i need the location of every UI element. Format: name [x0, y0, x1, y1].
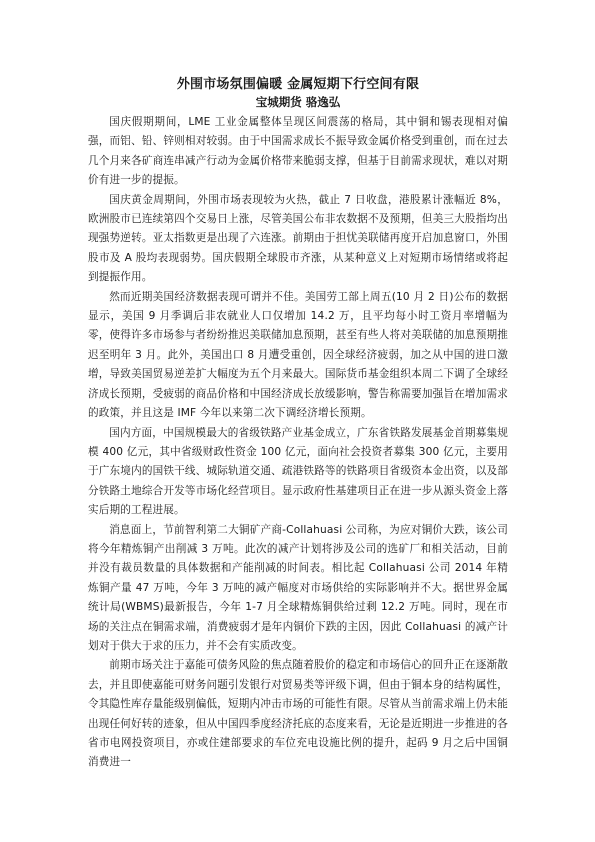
document-author: 宝城期货 骆逸弘: [88, 93, 508, 111]
document-title: 外围市场氛围偏暖 金属短期下行空间有限: [88, 76, 508, 93]
paragraph-collahuasi-cut: 消息面上，节前智利第二大铜矿产商-Collahuasi 公司称，为应对铜价大跌，…: [88, 521, 508, 657]
paragraph-golden-week-markets: 国庆黄金周期间，外围市场表现较为火热，截止 7 日收盘，港股累计涨幅近 8%，欧…: [88, 191, 508, 288]
paragraph-us-economy: 然而近期美国经济数据表现可谓并不佳。美国劳工部上周五(10 月 2 日)公布的数…: [88, 288, 508, 424]
paragraph-domestic-railway-fund: 国内方面，中国规模最大的省级铁路产业基金成立，广东省铁路发展基金首期募集规模 4…: [88, 424, 508, 521]
paragraph-glencore-risk: 前期市场关注于嘉能可债务风险的焦点随着股价的稳定和市场信心的回升正在逐渐散去，并…: [88, 656, 508, 772]
document-page: 外围市场氛围偏暖 金属短期下行空间有限 宝城期货 骆逸弘 国庆假期期间，LME …: [88, 76, 508, 773]
paragraph-holiday-lme: 国庆假期期间，LME 工业金属整体呈现区间震荡的格局，其中铜和锡表现相对偏强，而…: [88, 113, 508, 191]
